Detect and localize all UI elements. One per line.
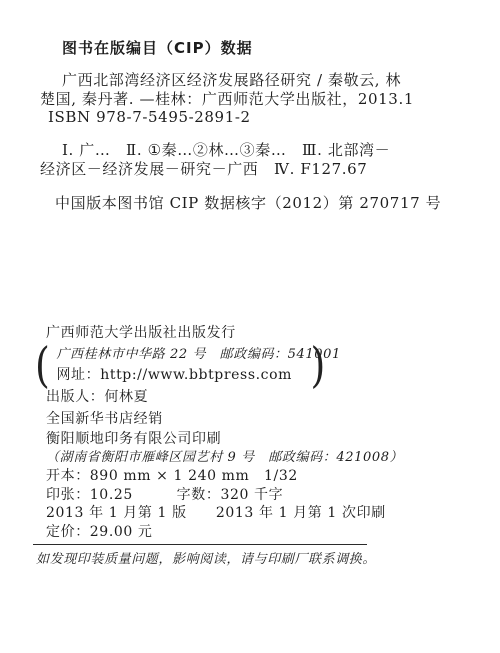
colophon-block: 广西师范大学出版社出版发行 ( 广西桂林市中华路 22 号 邮政编码：54100… [46, 322, 403, 542]
printer-address: （湖南省衡阳市雁峰区园艺村 9 号 邮政编码：421008） [46, 449, 403, 468]
bibliographic-block: 广西北部湾经济区经济发展路径研究 / 秦敬云, 林 楚国, 秦丹著. —桂林：广… [40, 71, 414, 127]
divider-rule [33, 544, 367, 545]
left-paren: ( [35, 340, 50, 390]
sheets-words-line: 印张：10.25 字数：320 千字 [46, 486, 403, 505]
format-line: 开本：890 mm × 1 240 mm 1/32 [46, 467, 403, 486]
bib-line-2: 楚国, 秦丹著. —桂林：广西师范大学出版社，2013.1 [40, 90, 414, 109]
classification-line-2: 经济区－经济发展－研究－广西 Ⅳ. F127.67 [40, 160, 390, 179]
cip-title: 图书在版编目（CIP）数据 [62, 37, 253, 58]
cip-record-number: 中国版本图书馆 CIP 数据核字（2012）第 270717 号 [55, 192, 441, 213]
publisher-address: 广西桂林市中华路 22 号 邮政编码：541001 [56, 344, 310, 365]
publisher-website: 网址：http://www.bbtpress.com [56, 365, 310, 386]
publisher-line: 广西师范大学出版社出版发行 [46, 322, 403, 344]
classification-line-1: Ⅰ. 广… Ⅱ. ①秦…②林…③秦… Ⅲ. 北部湾－ [40, 141, 390, 160]
publisher-address-group: ( 广西桂林市中华路 22 号 邮政编码：541001 网址：http://ww… [35, 344, 403, 386]
book-copyright-page: 图书在版编目（CIP）数据 广西北部湾经济区经济发展路径研究 / 秦敬云, 林 … [0, 0, 500, 653]
bib-line-1: 广西北部湾经济区经济发展路径研究 / 秦敬云, 林 [40, 71, 414, 90]
distribution-line: 全国新华书店经销 [46, 408, 403, 430]
printer-line: 衡阳顺地印务有限公司印刷 [46, 430, 403, 449]
quality-notice: 如发现印装质量问题，影响阅读，请与印刷厂联系调换。 [36, 548, 376, 567]
publisher-address-lines: 广西桂林市中华路 22 号 邮政编码：541001 网址：http://www.… [50, 344, 310, 386]
publisher-person: 出版人：何林夏 [46, 386, 403, 408]
right-paren: ) [310, 340, 325, 390]
price-line: 定价：29.00 元 [46, 523, 403, 542]
edition-line: 2013 年 1 月第 1 版 2013 年 1 月第 1 次印刷 [46, 504, 403, 523]
classification-block: Ⅰ. 广… Ⅱ. ①秦…②林…③秦… Ⅲ. 北部湾－ 经济区－经济发展－研究－广… [40, 141, 390, 178]
isbn-line: ISBN 978-7-5495-2891-2 [40, 108, 414, 127]
